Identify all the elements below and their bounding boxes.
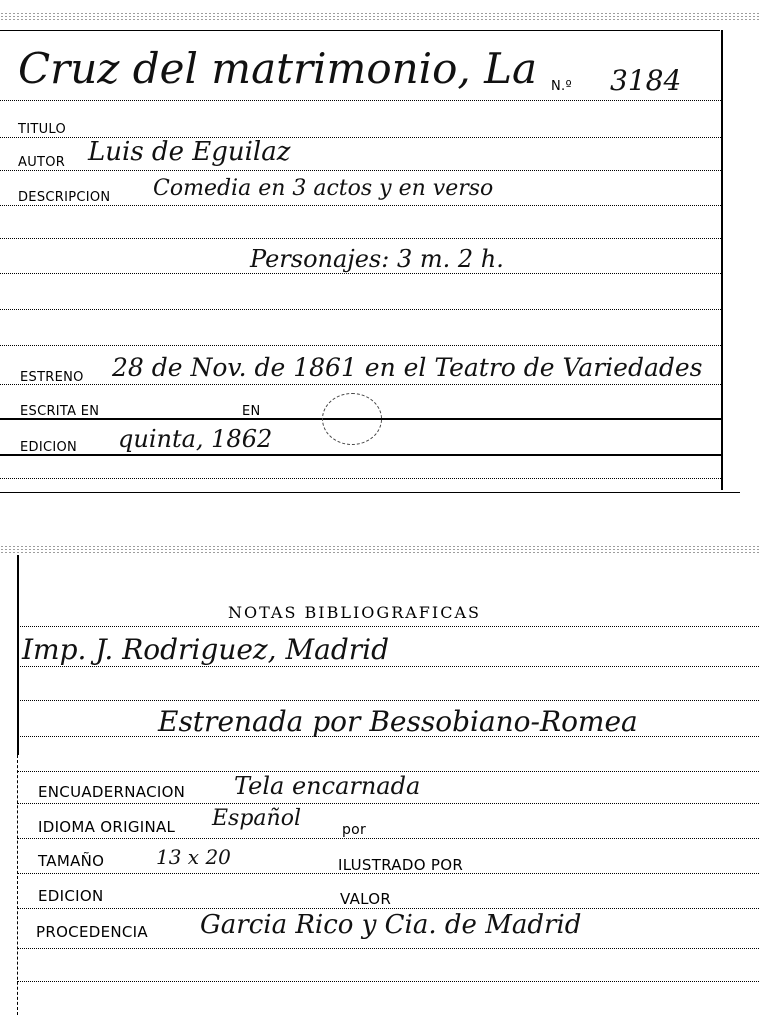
escrita-en-label: ESCRITA EN <box>20 404 99 419</box>
tamano-rule <box>17 873 759 874</box>
card-left-border-lower <box>17 755 18 1015</box>
blank-rule-3 <box>0 345 721 346</box>
bottom-rule <box>0 478 721 479</box>
estreno-label: ESTRENO <box>20 370 84 385</box>
descripcion-label: DESCRIPCION <box>18 190 110 205</box>
edicion-label: EDICION <box>38 887 103 905</box>
autor-rule <box>0 170 721 171</box>
title-rule <box>0 100 721 101</box>
personajes-rule <box>0 273 721 274</box>
personajes-value: Personajes: 3 m. 2 h. <box>250 245 504 273</box>
autor-label: AUTOR <box>18 155 65 170</box>
notes-heading: NOTAS BIBLIOGRAFICAS <box>228 603 481 622</box>
note-line-2: Estrenada por Bessobiano-Romea <box>158 705 638 738</box>
en-label: EN <box>242 404 261 419</box>
procedencia-rule <box>17 948 759 949</box>
encuadernacion-rule <box>17 803 759 804</box>
card-top-edge <box>0 12 759 22</box>
title-handwritten: Cruz del matrimonio, La <box>18 44 537 93</box>
blank-rule-2 <box>0 309 721 310</box>
idioma-label: IDIOMA ORIGINAL <box>38 818 175 836</box>
number-label: N.º <box>551 79 572 94</box>
valor-label: VALOR <box>340 890 391 908</box>
card-bottom-border <box>0 492 740 493</box>
ilustrado-label: ILUSTRADO POR <box>338 856 463 874</box>
tamano-label: TAMAÑO <box>38 852 104 870</box>
tamano-value: 13 x 20 <box>156 845 231 869</box>
edicion-label: EDICION <box>20 440 77 455</box>
procedencia-value: Garcia Rico y Cia. de Madrid <box>200 910 581 940</box>
edicion-value: quinta, 1862 <box>118 425 272 453</box>
edicion-rule <box>17 908 759 909</box>
estreno-rule <box>0 384 721 385</box>
number-value: 3184 <box>610 64 681 97</box>
notes-rule-4 <box>17 736 759 737</box>
card-right-border <box>721 30 723 490</box>
idioma-value: Español <box>212 806 301 831</box>
blank-rule-1 <box>0 238 721 239</box>
note-line-1: Imp. J. Rodriguez, Madrid <box>22 633 389 666</box>
card-top-edge <box>0 545 759 555</box>
descripcion-rule <box>0 205 721 206</box>
descripcion-value: Comedia en 3 actos y en verso <box>153 176 493 201</box>
procedencia-label: PROCEDENCIA <box>36 923 148 941</box>
card-left-border <box>17 555 19 755</box>
idioma-por-label: por <box>342 822 366 838</box>
notes-rule-2 <box>17 666 759 667</box>
estreno-value: 28 de Nov. de 1861 en el Teatro de Varie… <box>112 353 703 382</box>
encuadernacion-label: ENCUADERNACION <box>38 783 185 801</box>
catalog-card-back: NOTAS BIBLIOGRAFICAS Imp. J. Rodriguez, … <box>0 540 759 1028</box>
edicion-rule <box>0 454 721 456</box>
bottom-rule <box>17 981 759 982</box>
card-top-border <box>0 30 720 31</box>
notes-rule-1 <box>17 626 759 627</box>
encuadernacion-value: Tela encarnada <box>234 772 420 800</box>
idioma-rule <box>17 838 759 839</box>
catalog-card-front: Cruz del matrimonio, La N.º 3184 TITULO … <box>0 0 759 500</box>
autor-value: Luis de Eguilaz <box>88 137 290 167</box>
titulo-label: TITULO <box>18 122 66 137</box>
library-stamp-mark <box>322 393 382 445</box>
notes-rule-3 <box>17 700 759 701</box>
